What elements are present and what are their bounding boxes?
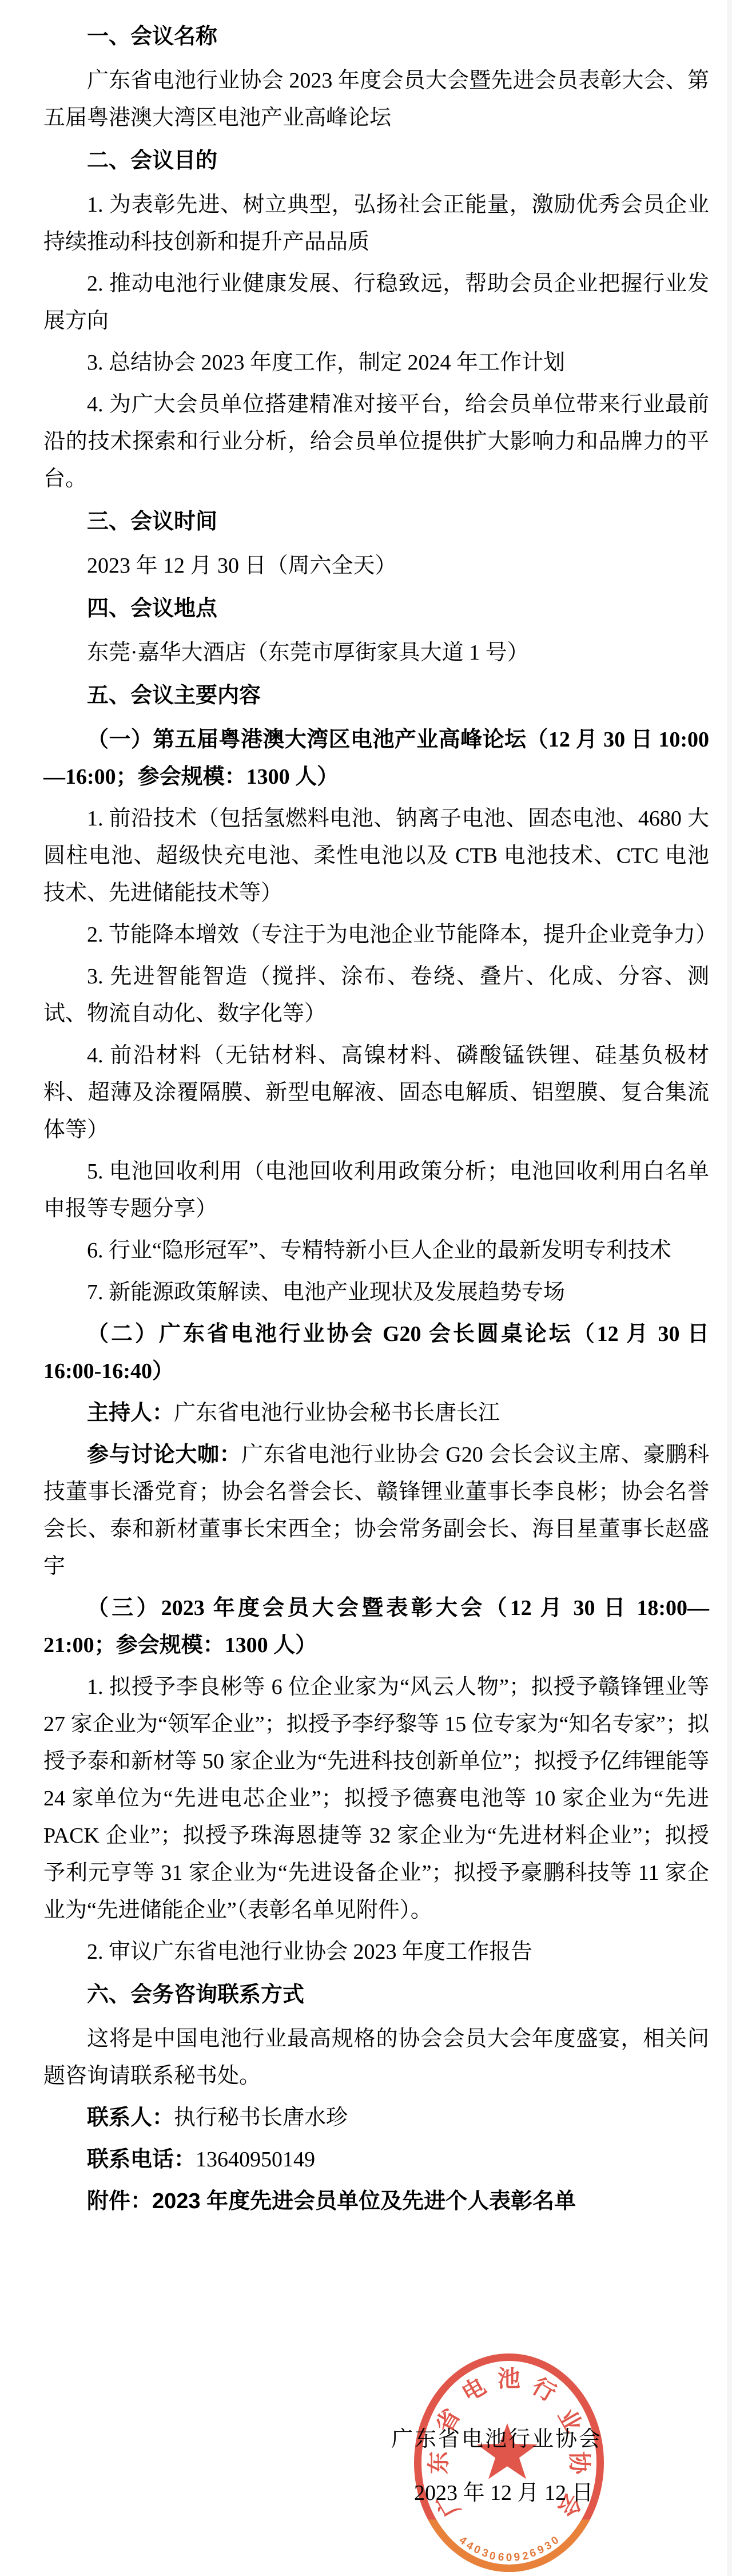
sub-heading: （一）第五届粤港澳大湾区电池产业高峰论坛（12 月 30 日 10:00—16:…: [43, 721, 709, 796]
paragraph: 2. 推动电池行业健康发展、行稳致远，帮助会员企业把握行业发展方向: [43, 265, 709, 340]
sub-heading: （三）2023 年度会员大会暨表彰大会（12 月 30 日 18:00—21:0…: [43, 1590, 709, 1664]
paragraph: 5. 电池回收利用（电池回收利用政策分析；电池回收利用白名单申报等专题分享）: [43, 1153, 709, 1228]
stamp-arc-char: 池: [498, 2361, 520, 2394]
sub-heading: （二）广东省电池行业协会 G20 会长圆桌论坛（12 月 30 日 16:00-…: [43, 1316, 709, 1390]
document-page: 一、会议名称广东省电池行业协会 2023 年度会员大会暨先进会员表彰大会、第五届…: [0, 0, 732, 2576]
lead-label: 联系人：: [87, 2106, 174, 2130]
paragraph: 3. 先进智能智造（搅拌、涂布、卷绕、叠片、化成、分容、测试、物流自动化、数字化…: [43, 958, 709, 1033]
paragraph: 主持人：广东省电池行业协会秘书长唐长江: [43, 1395, 709, 1432]
paragraph: 4. 为广大会员单位搭建精准对接平台，给会员单位带来行业最前沿的技术探索和行业分…: [43, 386, 709, 498]
paragraph: 东莞·嘉华大酒店（东莞市厚街家具大道 1 号）: [43, 634, 709, 672]
lead-label: 联系电话：: [87, 2148, 196, 2172]
stamp-serial-char: 6: [497, 2551, 504, 2565]
section-heading: 五、会议主要内容: [43, 677, 709, 715]
paragraph: 4. 前沿材料（无钴材料、高镍材料、磷酸锰铁锂、硅基负极材料、超薄及涂覆隔膜、新…: [43, 1037, 709, 1149]
lead-label: 参与讨论大咖：: [87, 1443, 241, 1467]
lead-label: 主持人：: [87, 1401, 174, 1425]
section-heading: 四、会议地点: [43, 590, 709, 628]
paragraph: 2. 节能降本增效（专注于为电池企业节能降本，提升企业竞争力）: [43, 916, 709, 954]
section-heading: 二、会议目的: [43, 142, 709, 180]
document-blocks: 一、会议名称广东省电池行业协会 2023 年度会员大会暨先进会员表彰大会、第五届…: [0, 0, 732, 2225]
signature-date: 2023 年 12 月 12 日: [414, 2482, 594, 2504]
section-heading: 六、会务咨询联系方式: [43, 1976, 709, 2014]
signature-org: 广东省电池行业协会: [391, 2428, 602, 2451]
section-heading: 一、会议名称: [43, 18, 709, 55]
paragraph: 这将是中国电池行业最高规格的协会会员大会年度盛宴，相关问题咨询请联系秘书处。: [43, 2021, 709, 2095]
section-heading: 三、会议时间: [43, 503, 709, 541]
paragraph: 3. 总结协会 2023 年度工作，制定 2024 年工作计划: [43, 344, 709, 382]
stamp-arc-char: 协: [565, 2451, 598, 2474]
paragraph: 广东省电池行业协会 2023 年度会员大会暨先进会员表彰大会、第五届粤港澳大湾区…: [43, 62, 709, 137]
official-stamp: 广东省电池行业协会 4403060926930: [414, 2353, 604, 2572]
paragraph: 联系人：执行秘书长唐水珍: [43, 2099, 709, 2137]
paragraph: 2023 年 12 月 30 日（周六全天）: [43, 547, 709, 585]
paragraph: 1. 为表彰先进、树立典型，弘扬社会正能量，激励优秀会员企业持续推动科技创新和提…: [43, 186, 709, 261]
scrollbar-track[interactable]: [727, 0, 732, 2576]
paragraph: 1. 前沿技术（包括氢燃料电池、钠离子电池、固态电池、4680 大圆柱电池、超级…: [43, 800, 709, 912]
paragraph: 6. 行业“隐形冠军”、专精特新小巨人企业的最新发明专利技术: [43, 1232, 709, 1269]
stamp-serial-char: 0: [506, 2552, 512, 2565]
paragraph: 7. 新能源政策解读、电池产业现状及发展趋势专场: [43, 1274, 709, 1311]
paragraph: 2. 审议广东省电池行业协会 2023 年度工作报告: [43, 1934, 709, 1971]
paragraph: 参与讨论大咖：广东省电池行业协会 G20 会长会议主席、豪鹏科技董事长潘党育；协…: [43, 1436, 709, 1585]
paragraph: 联系电话：13640950149: [43, 2141, 709, 2178]
stamp-arc-char: 东: [421, 2451, 453, 2474]
paragraph: 1. 拟授予李良彬等 6 位企业家为“风云人物”；拟授予赣锋锂业等 27 家企业…: [43, 1669, 709, 1929]
attachment-note: 附件：2023 年度先进会员单位及先进个人表彰名单: [43, 2183, 709, 2220]
